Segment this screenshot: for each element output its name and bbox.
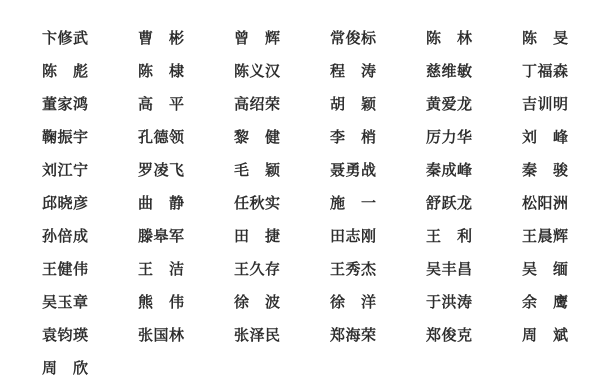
- person-name: 厉力华: [426, 121, 522, 154]
- person-name: 王 利: [426, 220, 522, 253]
- person-name: 聂勇战: [330, 154, 426, 187]
- person-name: 熊 伟: [138, 286, 234, 319]
- person-name: 袁钧瑛: [42, 319, 138, 352]
- person-name: 高绍荣: [234, 88, 330, 121]
- person-name: 常俊标: [330, 22, 426, 55]
- person-name: 胡 颖: [330, 88, 426, 121]
- person-name: 孙倍成: [42, 220, 138, 253]
- person-name: 王 洁: [138, 253, 234, 286]
- person-name: 孔德领: [138, 121, 234, 154]
- person-name: 王健伟: [42, 253, 138, 286]
- person-name: 邱晓彦: [42, 187, 138, 220]
- person-name: 秦 骏: [522, 154, 600, 187]
- person-name: 王久存: [234, 253, 330, 286]
- person-name: 于洪涛: [426, 286, 522, 319]
- person-name: 陈 林: [426, 22, 522, 55]
- person-name: 董家鸿: [42, 88, 138, 121]
- person-name: 陈 旻: [522, 22, 600, 55]
- person-name: 施 一: [330, 187, 426, 220]
- person-name: 吉训明: [522, 88, 600, 121]
- person-name: 曹 彬: [138, 22, 234, 55]
- person-name: 松阳洲: [522, 187, 600, 220]
- person-name: 田志刚: [330, 220, 426, 253]
- person-name: 黎 健: [234, 121, 330, 154]
- person-name: 滕皋军: [138, 220, 234, 253]
- person-name: 周 斌: [522, 319, 600, 352]
- person-name: 张国林: [138, 319, 234, 352]
- person-name: 陈 棣: [138, 55, 234, 88]
- person-name: 李 梢: [330, 121, 426, 154]
- person-name: 丁福森: [522, 55, 600, 88]
- person-name: 郑海荣: [330, 319, 426, 352]
- person-name: 王晨辉: [522, 220, 600, 253]
- person-name: 程 涛: [330, 55, 426, 88]
- person-name: 黄爱龙: [426, 88, 522, 121]
- person-name: 刘 峰: [522, 121, 600, 154]
- person-name: 陈 彪: [42, 55, 138, 88]
- person-name: 王秀杰: [330, 253, 426, 286]
- person-name: 郑俊克: [426, 319, 522, 352]
- person-name: 高 平: [138, 88, 234, 121]
- person-name: 任秋实: [234, 187, 330, 220]
- person-name: 吴玉章: [42, 286, 138, 319]
- person-name: 罗凌飞: [138, 154, 234, 187]
- person-name: 徐 波: [234, 286, 330, 319]
- person-name: 吴 缅: [522, 253, 600, 286]
- person-name: 慈维敏: [426, 55, 522, 88]
- person-name: 毛 颖: [234, 154, 330, 187]
- person-name: 曾 辉: [234, 22, 330, 55]
- person-name: 舒跃龙: [426, 187, 522, 220]
- names-page: 卞修武曹 彬曾 辉常俊标陈 林陈 旻陈 彪陈 棣陈义汉程 涛慈维敏丁福森董家鸿高…: [0, 0, 600, 392]
- name-grid: 卞修武曹 彬曾 辉常俊标陈 林陈 旻陈 彪陈 棣陈义汉程 涛慈维敏丁福森董家鸿高…: [0, 0, 600, 385]
- person-name: 周 欣: [42, 352, 138, 385]
- person-name: 田 捷: [234, 220, 330, 253]
- person-name: 张泽民: [234, 319, 330, 352]
- person-name: 徐 洋: [330, 286, 426, 319]
- person-name: 刘江宁: [42, 154, 138, 187]
- person-name: 余 鹰: [522, 286, 600, 319]
- person-name: 鞠振宇: [42, 121, 138, 154]
- person-name: 秦成峰: [426, 154, 522, 187]
- person-name: 卞修武: [42, 22, 138, 55]
- person-name: 吴丰昌: [426, 253, 522, 286]
- person-name: 陈义汉: [234, 55, 330, 88]
- person-name: 曲 静: [138, 187, 234, 220]
